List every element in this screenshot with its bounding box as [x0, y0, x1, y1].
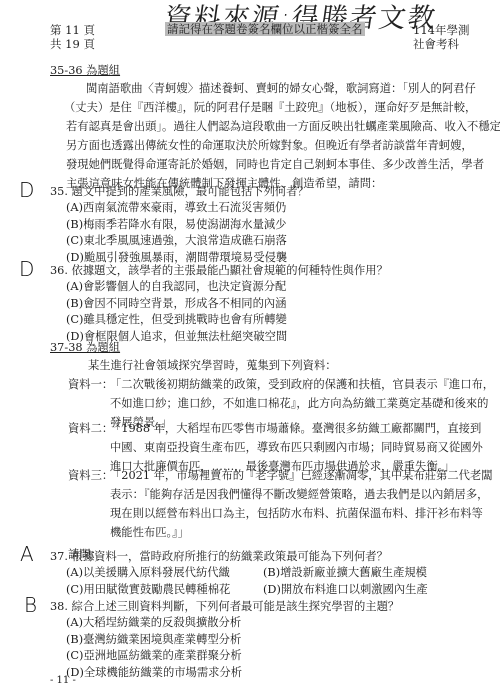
- exam-name: 114年學測: [413, 24, 469, 37]
- handwritten-answer-mark: B: [24, 593, 37, 617]
- material-2-label: 資料二：: [68, 420, 113, 437]
- material-3-line: 「2021 年，市場裡賣布的『老字號』已經逐漸凋零，其中某布莊第二代老闆: [110, 467, 493, 484]
- question-38-stem: 38. 綜合上述三則資料判斷，下列何者最可能是該生探究學習的主題？: [50, 598, 399, 615]
- option-a: (A)會影響個人的自我認同，也決定資源分配: [66, 279, 287, 296]
- option-b: (B)梅雨季若降水有限，易使潟湖海水量減少: [66, 217, 287, 234]
- option-c: (C)雖具穩定性，但受到挑戰時也會有所轉變: [66, 312, 287, 329]
- signature-notice: 請記得在答題卷簽名欄位以正楷簽全名: [165, 22, 365, 36]
- question-38-options: (A)大稻埕紡織業的反殺與擴散分析 (B)臺灣紡織業困境與產業轉型分析 (C)亞…: [66, 615, 242, 681]
- handwritten-answer-mark: D: [19, 257, 34, 281]
- group-title-37-38: 37-38 為題組: [50, 339, 120, 356]
- passage-line: 發現她們既覺得命運寄託於婚姻，同時也肯定自己剝蚵本事佳、多少改善生活，學者: [66, 156, 484, 173]
- option-c: (C)用田賦徵實鼓勵農民轉種棉花: [66, 582, 230, 599]
- page-number: 第 11 頁: [50, 24, 95, 37]
- material-1-line: 「二次戰後初期紡織業的政策，受到政府的保護和扶植，官員表示『進口布，: [110, 376, 494, 393]
- option-c: (C)東北季風風速過強，大浪常造成礁石崩落: [66, 233, 287, 250]
- group-title-35-36: 35-36 為題組: [50, 62, 120, 79]
- question-36-options: (A)會影響個人的自我認同，也決定資源分配 (B)會因不同時空背景，形成各不相同…: [66, 279, 287, 345]
- passage-line: 另方面也透露出傳統女性的命運取決於所嫁對象。但晚近有學者訪談當年青蚵嫂，: [66, 137, 473, 154]
- material-3-line: 表示：『能夠存活是因我們懂得不斷改變經營策略，過去我們是以內銷居多，: [110, 486, 488, 503]
- passage-line: 閩南語歌曲〈青蚵嫂〉描述養蚵、賣蚵的婦女心聲，歌詞寫道：「別人的阿君仔: [86, 80, 476, 97]
- material-3-label: 資料三：: [68, 467, 113, 484]
- passage-line: （丈夫）是住『西洋樓』，阮的阿君仔是睏『土跤兜』（地板），運命好歹是無計較，: [64, 99, 476, 116]
- question-35-options: (A)西南氣流帶來豪雨，導致土石流災害頻仍 (B)梅雨季若降水有限，易使潟湖海水…: [66, 200, 287, 266]
- material-3-line: 現在則以經營布料出口為主，包括防水布料、抗菌保溫布料、排汗衫布料等: [110, 505, 483, 522]
- material-1-label: 資料一：: [68, 376, 113, 393]
- handwritten-answer-mark: D: [19, 178, 34, 202]
- option-c: (C)亞洲地區紡織業的產業群聚分析: [66, 648, 242, 665]
- option-a: (A)西南氣流帶來豪雨，導致土石流災害頻仍: [66, 200, 287, 217]
- option-b: (B)增設新廠並擴大舊廠生產規模: [263, 565, 427, 582]
- handwritten-answer-mark: A: [20, 542, 34, 566]
- question-36-stem: 36. 依據題文，該學者的主張最能凸顯社會規範的何種特性與作用？: [50, 262, 388, 279]
- option-b: (B)會因不同時空背景，形成各不相同的內涵: [66, 296, 287, 313]
- page-footer-number: - 11 -: [50, 672, 76, 689]
- option-d: (D)開放布料進口以刺激國內生產: [263, 582, 428, 599]
- option-a: (A)大稻埕紡織業的反殺與擴散分析: [66, 615, 242, 632]
- material-2-line: 中國、東南亞投資生產布匹，導致布匹只剩國內市場；同時貿易商又從國外: [110, 439, 483, 456]
- option-a: (A)以美援購入原料發展代紡代織: [66, 565, 230, 582]
- group-intro: 某生進行社會領域探究學習時，蒐集到下列資料：: [88, 357, 337, 374]
- subject-name: 社會考科: [413, 38, 459, 51]
- question-35-stem: 35. 題文中提到的產業風險，最可能包括下列何者？: [50, 183, 309, 200]
- material-2-line: 「1988 年，大稻埕布匹零售市場蕭條。臺灣很多紡織工廠都關門，直接到: [110, 420, 481, 437]
- passage-line: 若有認真是會出頭」。過往人們認為這段歌曲一方面反映出牡蠣產業風險高、收入不穩定，: [66, 118, 500, 135]
- material-3-line: 機能性布匹。』」: [110, 524, 189, 541]
- total-pages: 共 19 頁: [50, 38, 95, 51]
- material-1-line: 不如進口紗；進口紗，不如進口棉花』，此方向為紡織工業奠定基礎和後來的: [110, 395, 488, 412]
- option-b: (B)臺灣紡織業困境與產業轉型分析: [66, 632, 242, 649]
- question-37-stem: 37. 根據資料一，當時政府所推行的紡織業政策最可能為下列何者？: [50, 548, 388, 565]
- option-d: (D)全球機能紡織業的市場需求分析: [66, 665, 242, 682]
